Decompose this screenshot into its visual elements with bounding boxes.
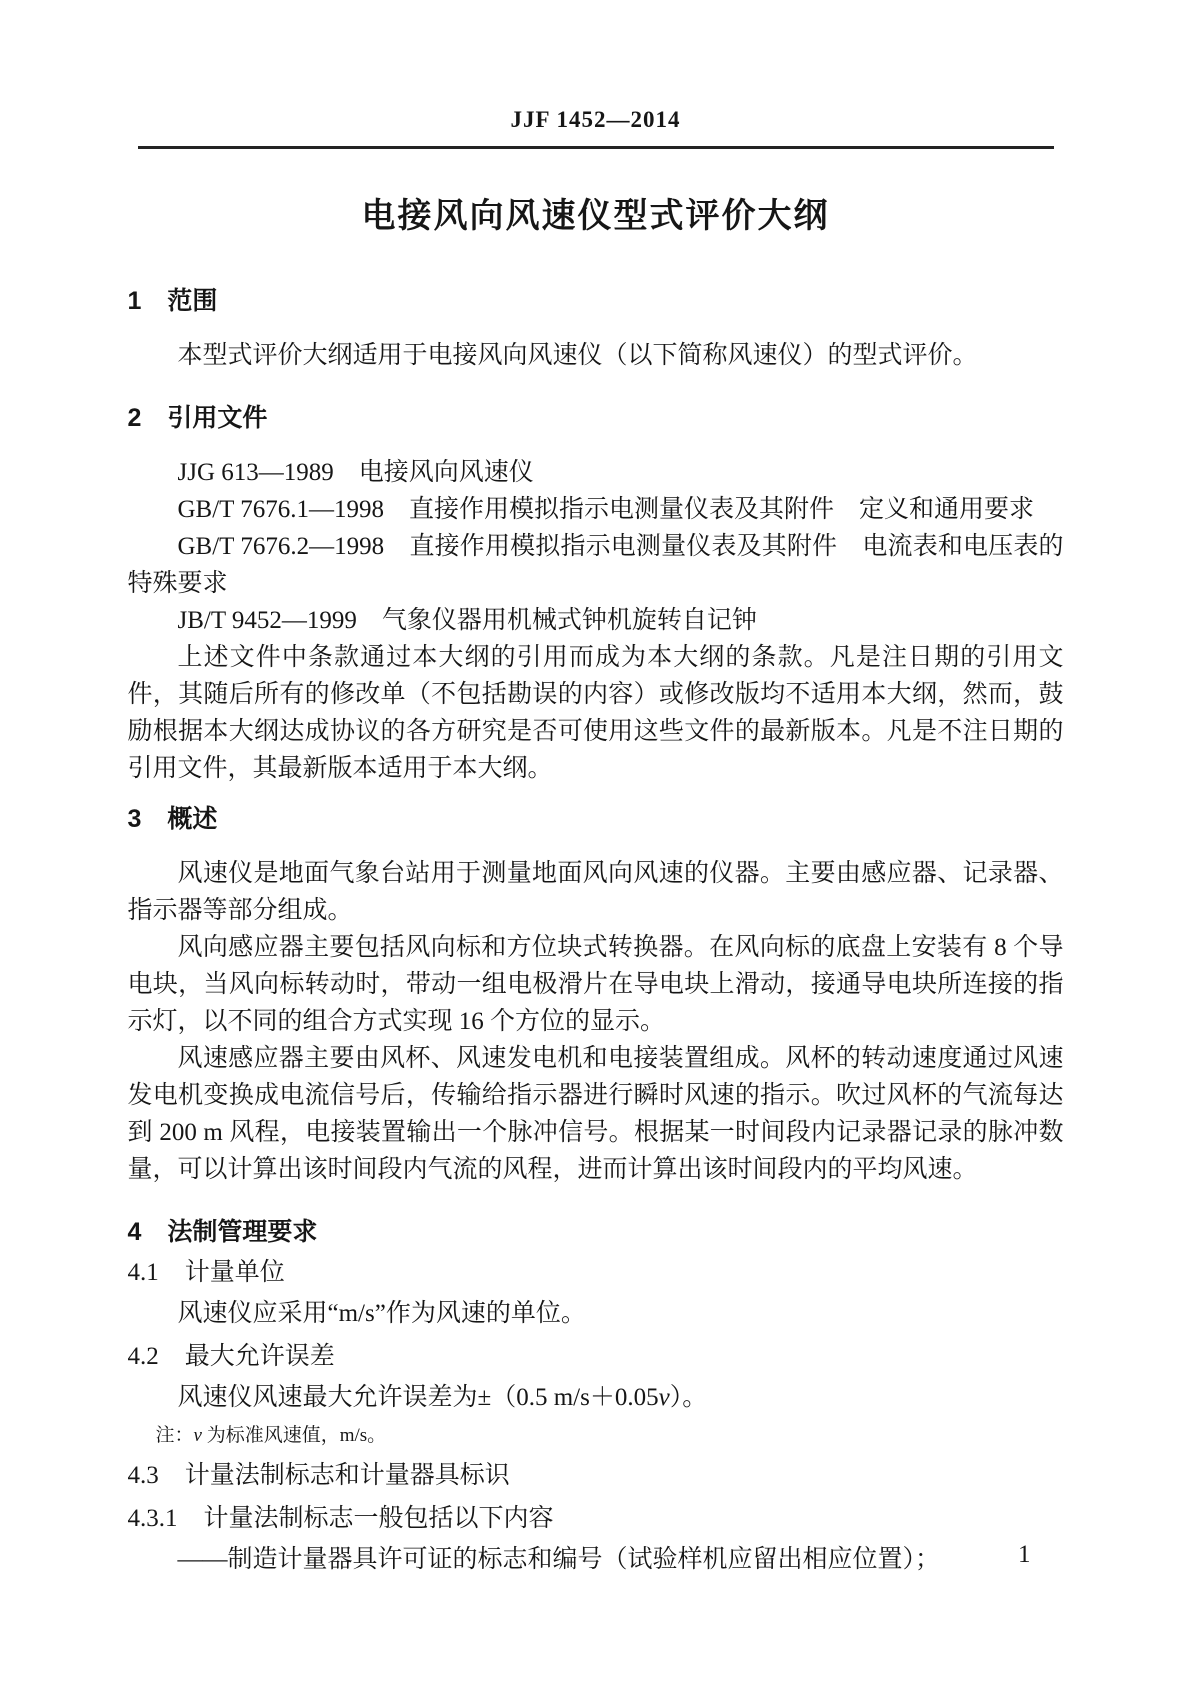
section-4-2-label: 最大允许误差 [185,1343,335,1370]
section-1-heading: 1范围 [128,285,1064,317]
section-2-label: 引用文件 [167,404,267,432]
section-4-3-1-number: 4.3.1 [128,1500,178,1537]
section-3-number: 3 [128,803,142,835]
note: 注：v 为标准风速值，m/s。 [128,1421,1064,1451]
section-1-number: 1 [128,285,142,317]
reference-item: JB/T 9452—1999 气象仪器用机械式钟机旋转自记钟 [128,602,1064,639]
document-body: 1范围 本型式评价大纲适用于电接风向风速仪（以下简称风速仪）的型式评价。 2引用… [128,285,1064,1578]
doc-code: JJF 1452—2014 [0,106,1191,134]
note-prefix: 注： [156,1425,194,1446]
section-4-2-heading: 4.2最大允许误差 [128,1338,1064,1375]
velocity-variable: v [194,1425,202,1446]
mpe-formula-post: ）。 [670,1384,708,1411]
section-4-3-number: 4.3 [128,1457,159,1494]
section-4-1-label: 计量单位 [185,1259,285,1286]
reference-item: GB/T 7676.2—1998 直接作用模拟指示电测量仪表及其附件 电流表和电… [128,528,1064,602]
section-3-paragraph: 风速感应器主要由风杯、风速发电机和电接装置组成。风杯的转动速度通过风速发电机变换… [128,1040,1064,1188]
section-4-heading: 4法制管理要求 [128,1216,1064,1248]
reference-item: GB/T 7676.1—1998 直接作用模拟指示电测量仪表及其附件 定义和通用… [128,491,1064,528]
section-1-paragraph: 本型式评价大纲适用于电接风向风速仪（以下简称风速仪）的型式评价。 [128,337,1064,374]
section-2-heading: 2引用文件 [128,402,1064,434]
section-2-number: 2 [128,402,142,434]
section-3-paragraph: 风速仪是地面气象台站用于测量地面风向风速的仪器。主要由感应器、记录器、指示器等部… [128,855,1064,929]
section-4-1-number: 4.1 [128,1254,159,1291]
section-3-paragraph: 风向感应器主要包括风向标和方位块式转换器。在风向标的底盘上安装有 8 个导电块，… [128,929,1064,1040]
section-4-1-heading: 4.1计量单位 [128,1254,1064,1291]
section-3-label: 概述 [167,805,217,833]
mpe-formula-pre: 风速仪风速最大允许误差为±（0.5 m/s＋0.05 [178,1384,659,1411]
section-2-paragraph: 上述文件中条款通过本大纲的引用而成为本大纲的条款。凡是注日期的引用文件，其随后所… [128,639,1064,787]
header-rule [138,146,1054,149]
section-3-heading: 3概述 [128,803,1064,835]
section-1-label: 范围 [167,287,217,315]
section-4-2-paragraph: 风速仪风速最大允许误差为±（0.5 m/s＋0.05v）。 [128,1379,1064,1416]
reference-item: JJG 613—1989 电接风向风速仪 [128,454,1064,491]
section-4-2-number: 4.2 [128,1338,159,1375]
section-4-1-paragraph: 风速仪应采用“m/s”作为风速的单位。 [128,1295,1064,1332]
document-page: JJF 1452—2014 电接风向风速仪型式评价大纲 1范围 本型式评价大纲适… [0,0,1191,1684]
section-4-label: 法制管理要求 [167,1218,317,1246]
note-text: 为标准风速值，m/s。 [202,1425,386,1446]
page-number: 1 [1018,1540,1031,1570]
doc-title: 电接风向风速仪型式评价大纲 [0,193,1191,239]
section-4-3-1-label: 计量法制标志一般包括以下内容 [204,1505,554,1532]
section-4-3-heading: 4.3计量法制标志和计量器具标识 [128,1457,1064,1494]
section-4-3-label: 计量法制标志和计量器具标识 [185,1462,510,1489]
section-4-number: 4 [128,1216,142,1248]
velocity-variable: v [659,1384,670,1411]
section-4-3-1-heading: 4.3.1计量法制标志一般包括以下内容 [128,1500,1064,1537]
list-item-dash: ——制造计量器具许可证的标志和编号（试验样机应留出相应位置）； [128,1541,1064,1578]
